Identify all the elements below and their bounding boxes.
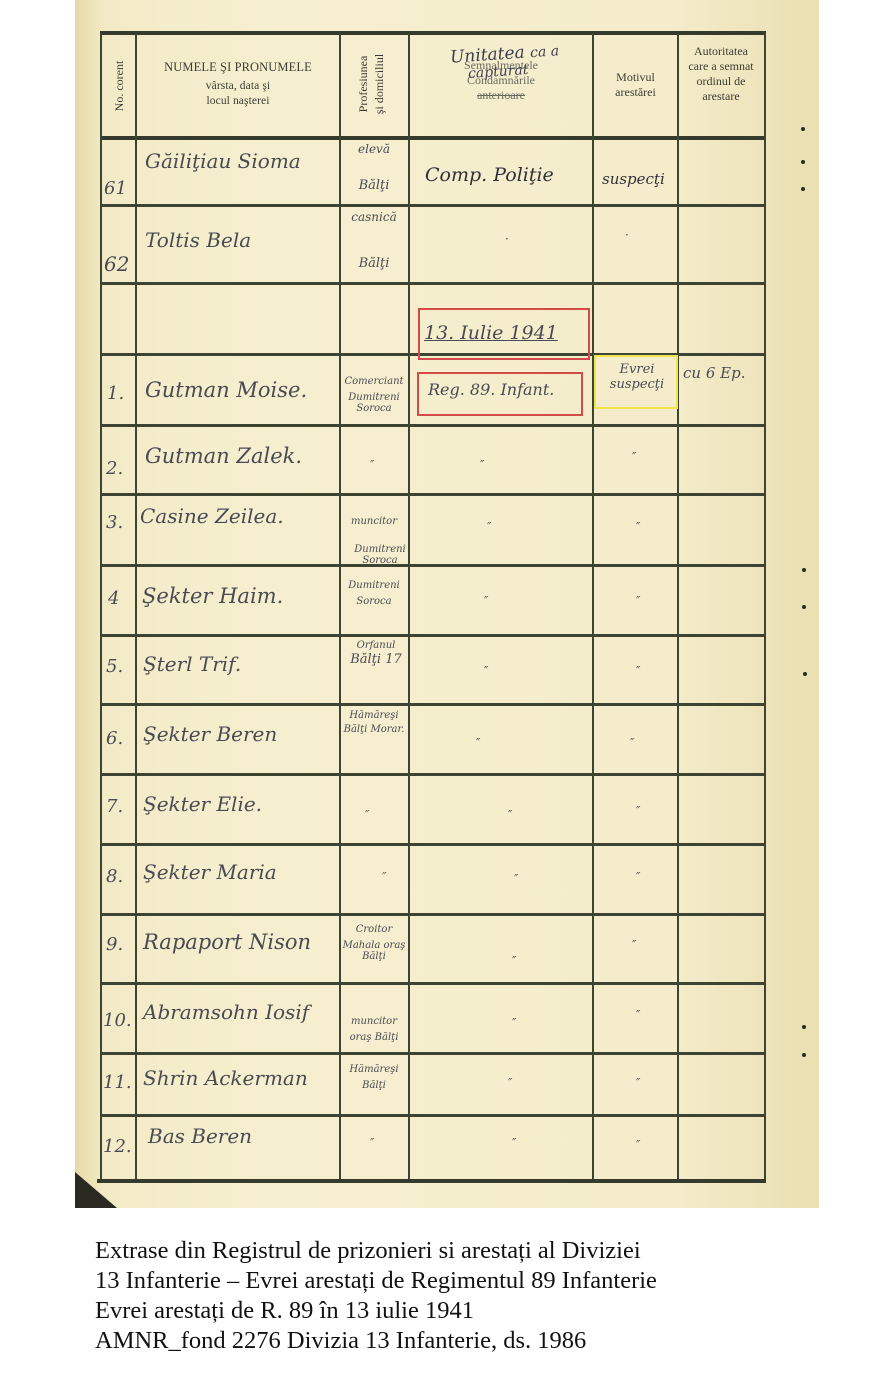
row-divider — [100, 493, 766, 496]
row-number: 6. — [106, 728, 123, 749]
column-border — [677, 33, 679, 1179]
profession: Comerciant — [340, 376, 408, 387]
capturing-unit: ″ — [512, 1016, 516, 1030]
row-divider — [100, 982, 766, 985]
profession: Hămăreşi — [340, 1064, 408, 1075]
header-profession-line1: Profesiunea — [356, 36, 370, 132]
domicile: Bălţi — [342, 180, 406, 191]
arrest-motive: ″ — [636, 520, 640, 534]
row-number: 61 — [104, 178, 127, 199]
row-number: 1. — [107, 383, 124, 404]
row-number: 5. — [106, 656, 123, 677]
row-number: 8. — [106, 866, 123, 887]
row-divider — [100, 204, 766, 207]
profession: muncitor — [340, 516, 408, 527]
header-motive-line2: arestărei — [594, 85, 677, 100]
profession: ″ — [365, 808, 369, 822]
column-border — [764, 33, 766, 1179]
highlight-motive-box — [594, 355, 678, 409]
capturing-unit: ″ — [508, 808, 512, 822]
row-number: 62 — [104, 252, 129, 276]
caption-line-3: Evrei arestați de R. 89 în 13 iulie 1941 — [95, 1296, 835, 1326]
header-profession-line2: şi domiciliul — [372, 36, 386, 132]
capturing-unit: ″ — [508, 1076, 512, 1090]
domicile: Bălţi 17 — [340, 654, 412, 665]
header-bottom-border — [100, 136, 766, 140]
table-top-border — [100, 31, 766, 35]
row-divider — [100, 282, 766, 285]
person-name: Şekter Haim. — [142, 584, 283, 608]
person-name: Şekter Elie. — [143, 792, 262, 816]
row-number: 11. — [103, 1072, 132, 1093]
header-name-line2: vârsta, data şi — [137, 79, 339, 94]
column-border — [592, 33, 594, 1179]
person-name: Toltis Bela — [145, 228, 251, 252]
highlight-date-box — [418, 308, 590, 360]
row-divider — [100, 564, 766, 567]
arrest-motive: ″ — [632, 450, 636, 464]
row-number: 10. — [103, 1010, 132, 1031]
header-authority-line3: ordinul de — [678, 74, 764, 89]
capturing-unit: ″ — [484, 594, 488, 608]
person-name: Bas Beren — [148, 1124, 252, 1148]
margin-mark — [802, 1025, 806, 1029]
page-corner-shadow — [75, 1172, 117, 1208]
domicile: Bălţi — [340, 1080, 408, 1091]
margin-mark — [802, 1053, 806, 1057]
arrest-motive: · — [625, 228, 629, 242]
header-motive: Motivul arestărei — [594, 70, 677, 100]
margin-mark — [801, 160, 805, 164]
capturing-unit: ″ — [487, 520, 491, 534]
header-authority-line4: arestare — [678, 89, 764, 104]
arrest-motive: ″ — [636, 870, 640, 884]
profession: Hămăreşi — [340, 710, 408, 721]
person-name: Şterl Trif. — [143, 652, 241, 676]
row-divider — [100, 1114, 766, 1117]
row-number: 12. — [103, 1136, 132, 1157]
profession: Dumitreni — [340, 580, 408, 591]
capturing-unit: ″ — [484, 664, 488, 678]
capturing-unit: ″ — [514, 872, 518, 886]
capturing-unit: Comp. Poliţie — [425, 164, 554, 186]
row-divider — [100, 424, 766, 427]
arrest-motive: ″ — [636, 1138, 640, 1152]
header-authority-line1: Autoritatea — [678, 44, 764, 59]
person-name: Abramsohn Iosif — [143, 1000, 309, 1024]
caption-line-2: 13 Infanterie – Evrei arestați de Regime… — [95, 1266, 835, 1296]
header-name-line3: locul naşterei — [137, 94, 339, 109]
capturing-unit: · — [505, 232, 509, 246]
arrest-motive: ″ — [636, 804, 640, 818]
header-name: NUMELE ŞI PRONUMELE vârsta, data şi locu… — [137, 60, 339, 109]
person-name: Şekter Maria — [143, 860, 277, 884]
arrest-motive: suspecţi — [602, 170, 665, 188]
arrest-motive: ″ — [636, 664, 640, 678]
profession: elevă — [342, 144, 406, 155]
row-number: 2. — [106, 458, 123, 479]
profession: ″ — [370, 458, 374, 472]
margin-mark — [802, 568, 806, 572]
profession: casnică — [342, 212, 406, 223]
arrest-motive: ″ — [636, 1076, 640, 1090]
row-divider — [100, 703, 766, 706]
person-name: Shrin Ackerman — [143, 1066, 308, 1090]
row-number: 7. — [106, 796, 123, 817]
person-name: Gutman Zalek. — [145, 444, 302, 468]
caption-line-4: AMNR_fond 2276 Divizia 13 Infanterie, ds… — [95, 1326, 835, 1356]
row-divider — [100, 773, 766, 776]
column-border — [408, 33, 410, 1179]
domicile: Bălţi Morar. — [340, 724, 408, 735]
arrest-motive: ″ — [636, 1008, 640, 1022]
capturing-unit: ″ — [476, 736, 480, 750]
capturing-unit: ″ — [480, 458, 484, 472]
domicile: Dumitreni Soroca — [340, 392, 408, 414]
row-divider — [100, 1052, 766, 1055]
domicile: oraş Bălţi — [340, 1032, 408, 1043]
person-name: Găiliţiau Sioma — [145, 148, 335, 174]
header-prior-line3: anterioare — [410, 88, 592, 103]
domicile: Bălţi — [342, 258, 406, 269]
row-divider — [100, 843, 766, 846]
domicile: Soroca — [340, 596, 408, 607]
margin-mark — [801, 187, 805, 191]
overwrite-word: ca a — [530, 43, 560, 61]
profession: muncitor — [340, 1016, 408, 1027]
header-no-corent: No. corent — [112, 38, 126, 134]
header-motive-line1: Motivul — [594, 70, 677, 85]
person-name: Şekter Beren — [143, 722, 277, 746]
profession: ″ — [370, 1136, 374, 1150]
person-name: Rapaport Nison — [143, 930, 311, 954]
arrest-motive: ″ — [632, 938, 636, 952]
header-authority-line2: care a semnat — [678, 59, 764, 74]
row-divider — [100, 634, 766, 637]
caption-line-1: Extrase din Registrul de prizonieri si a… — [95, 1236, 835, 1266]
profession: Orfanul — [340, 640, 412, 651]
margin-mark — [803, 672, 807, 676]
document-caption: Extrase din Registrul de prizonieri si a… — [95, 1236, 835, 1356]
column-border — [100, 33, 102, 1179]
highlight-unit-box — [417, 372, 583, 416]
header-name-line1: NUMELE ŞI PRONUMELE — [137, 60, 339, 75]
row-number: 4 — [108, 588, 119, 609]
margin-mark — [802, 605, 806, 609]
row-number: 3. — [106, 512, 123, 533]
arrest-motive: ″ — [636, 594, 640, 608]
margin-mark — [801, 127, 805, 131]
row-number: 9. — [106, 934, 123, 955]
column-border — [135, 33, 137, 1179]
capturing-unit: ″ — [512, 954, 516, 968]
person-name: Gutman Moise. — [145, 378, 307, 402]
row-divider — [100, 913, 766, 916]
header-authority: Autoritatea care a semnat ordinul de are… — [678, 44, 764, 104]
profession: Croitor — [340, 924, 408, 935]
domicile: Mahala oraş Bălţi — [340, 940, 408, 962]
capturing-unit: ″ — [512, 1136, 516, 1150]
domicile: Dumitreni Soroca — [340, 544, 420, 566]
table-bottom-border — [97, 1179, 766, 1183]
profession: ″ — [382, 870, 386, 884]
person-name: Casine Zeilea. — [140, 504, 284, 528]
arrest-authority: cu 6 Ep. — [683, 364, 745, 382]
arrest-motive: ″ — [630, 736, 634, 750]
